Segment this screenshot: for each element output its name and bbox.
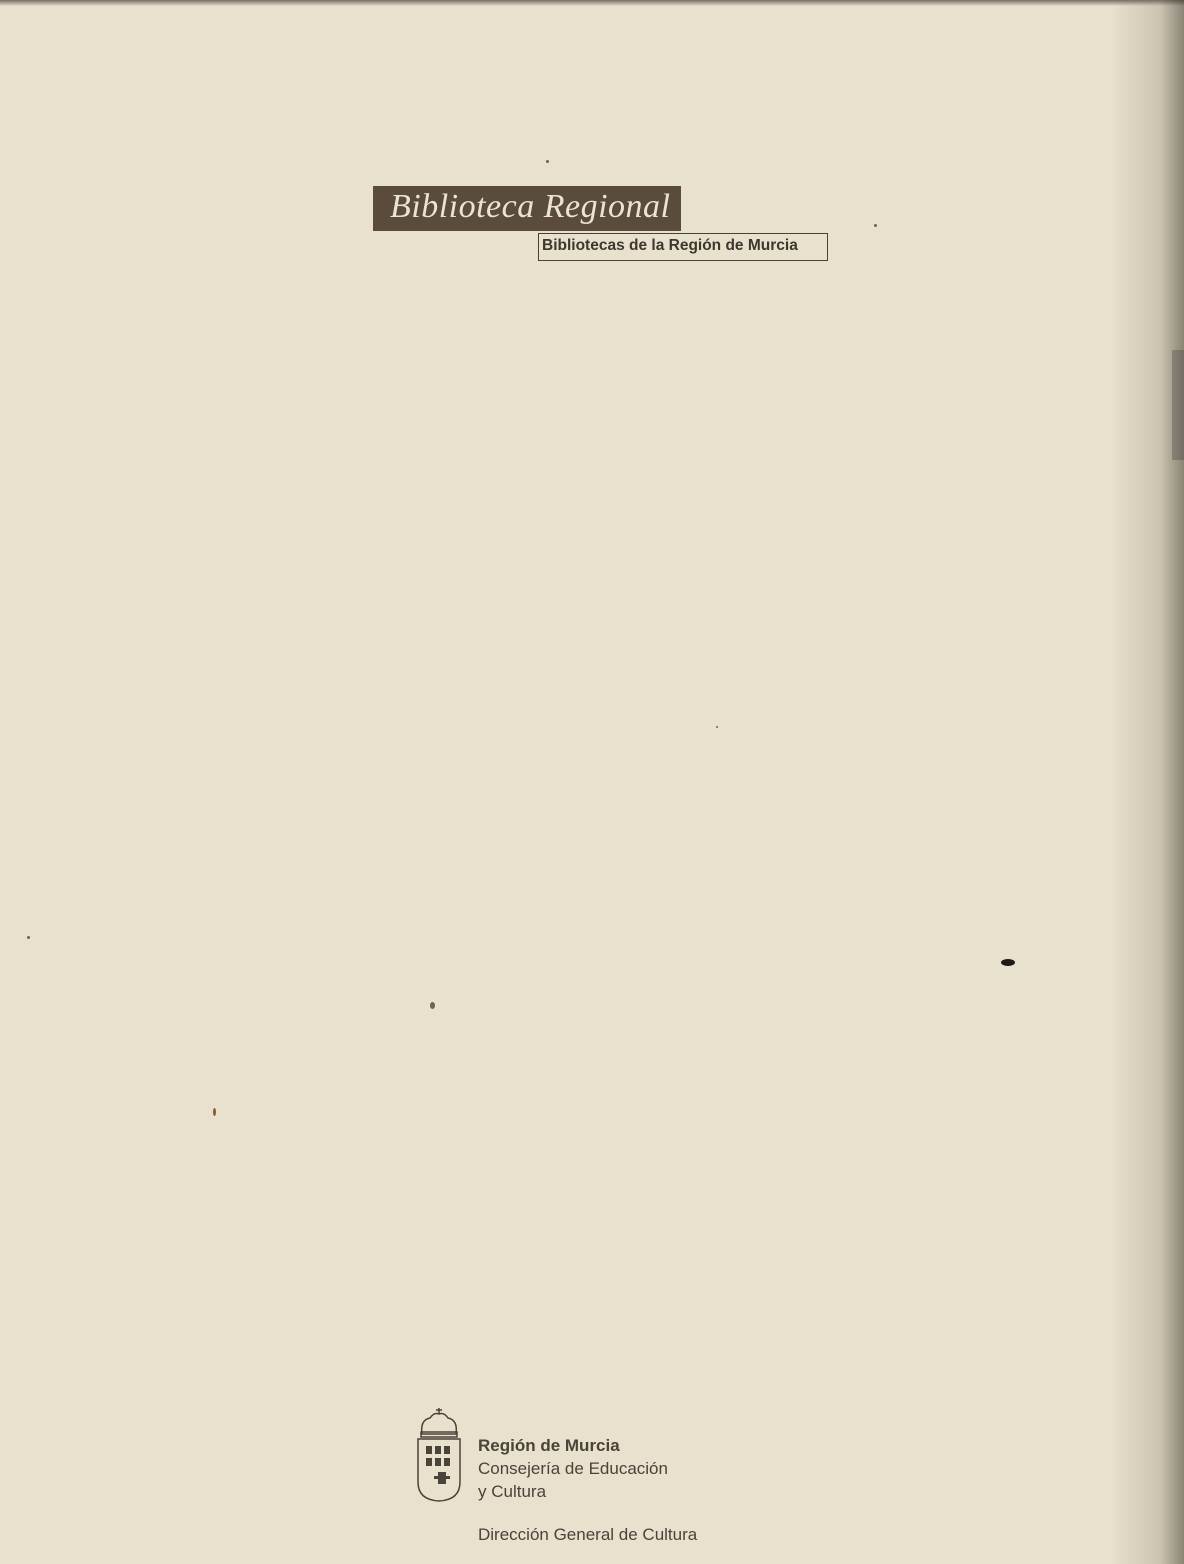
paper-speck bbox=[430, 1002, 435, 1009]
coat-of-arms-icon bbox=[414, 1408, 464, 1502]
directorate-name: Dirección General de Cultura bbox=[478, 1525, 697, 1545]
paper-speck bbox=[27, 936, 30, 939]
page-subtitle: Bibliotecas de la Región de Murcia bbox=[542, 237, 798, 255]
organization-name: Región de Murcia bbox=[478, 1436, 620, 1456]
department-line-2: y Cultura bbox=[478, 1482, 546, 1502]
paper-speck bbox=[546, 160, 549, 163]
page-title: Biblioteca Regional bbox=[390, 188, 671, 226]
paper-speck bbox=[213, 1108, 216, 1116]
paper-speck bbox=[1001, 959, 1015, 966]
department-line-1: Consejería de Educación bbox=[478, 1459, 668, 1479]
binding-shadow bbox=[1172, 350, 1184, 460]
paper-speck bbox=[716, 726, 718, 728]
paper-speck bbox=[874, 224, 877, 227]
